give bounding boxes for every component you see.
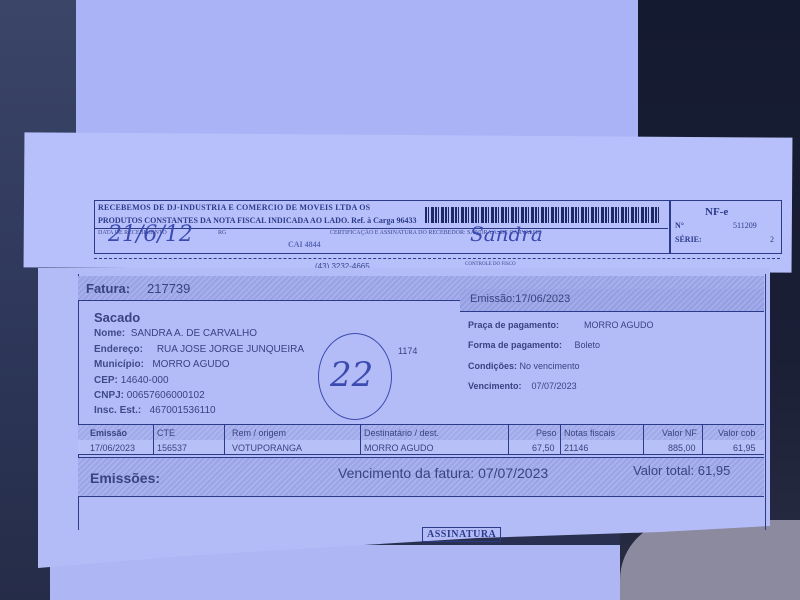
nfe-serie: 2	[770, 235, 774, 244]
handwritten-signature: Sandra	[470, 222, 543, 246]
header-peso: Peso	[536, 428, 557, 438]
vencimento-fatura: Vencimento da fatura: 07/07/2023	[338, 465, 548, 481]
header-rem-origem: Rem / origem	[232, 428, 286, 438]
handwritten-date: 21/6/12	[108, 222, 193, 247]
address-number: 1174	[398, 346, 417, 356]
sacado-endereco: Endereço: RUA JOSE JORGE JUNQUEIRA	[94, 344, 304, 355]
controle-fisco-label: CONTROLE DO FISCO	[465, 262, 516, 267]
handwritten-note: 22	[330, 355, 373, 395]
forma-pagamento: Forma de pagamento: Boleto	[468, 340, 600, 350]
valor-total: Valor total: 61,95	[633, 463, 730, 478]
header-cte: CTE	[157, 428, 175, 438]
header-notas-fiscais: Notas fiscais	[564, 428, 615, 438]
sacado-municipio: Município: MORRO AGUDO	[94, 359, 230, 370]
assinatura-stamp: ASSINATURA	[422, 527, 501, 542]
cell-valor-cob: 61,95	[733, 443, 756, 453]
nfe-serie-label: SÉRIE:	[675, 235, 702, 244]
praca-pagamento: Praça de pagamento: MORRO AGUDO	[468, 320, 654, 330]
header-valor-nf: Valor NF	[662, 428, 697, 438]
emissao-date: Emissão:17/06/2023	[470, 293, 570, 305]
tear-line	[94, 258, 780, 259]
header-valor-cob: Valor cob	[718, 428, 755, 438]
sacado-cep: CEP: 14640-000	[94, 375, 169, 386]
barcode	[425, 207, 660, 223]
sacado-insc-est: Insc. Est.: 467001536110	[94, 405, 216, 416]
stamp-text: CAI 4844	[288, 240, 321, 249]
sacado-cnpj: CNPJ: 00657606000102	[94, 390, 205, 401]
cell-emissao: 17/06/2023	[90, 443, 135, 453]
fatura-number: 217739	[147, 281, 190, 296]
sacado-nome: Nome: SANDRA A. DE CARVALHO	[94, 328, 257, 339]
cell-destinatario: MORRO AGUDO	[364, 443, 434, 453]
nfe-number: 511209	[733, 221, 757, 230]
rg-label: RG	[218, 230, 226, 236]
header-destinatario: Destinatário / dest.	[364, 428, 439, 438]
condicoes: Condições: No vencimento	[468, 361, 580, 371]
nfe-number-label: N°	[675, 221, 684, 230]
fatura-label: Fatura:	[86, 281, 130, 296]
cell-cte: 156537	[157, 443, 187, 453]
cell-peso: 67,50	[532, 443, 555, 453]
emissoes-label: Emissões:	[90, 470, 160, 486]
cell-notas-fiscais: 21146	[564, 443, 588, 453]
cell-rem-origem: VOTUPORANGA	[232, 443, 302, 453]
header-emissao: Emissão	[90, 428, 127, 438]
receipt-text-line1: RECEBEMOS DE DJ-INDUSTRIA E COMERCIO DE …	[98, 203, 370, 212]
nfe-title: NF-e	[705, 206, 728, 218]
vencimento: Vencimento: 07/07/2023	[468, 381, 577, 391]
cell-valor-nf: 885,00	[668, 443, 696, 453]
sacado-title: Sacado	[94, 310, 140, 325]
